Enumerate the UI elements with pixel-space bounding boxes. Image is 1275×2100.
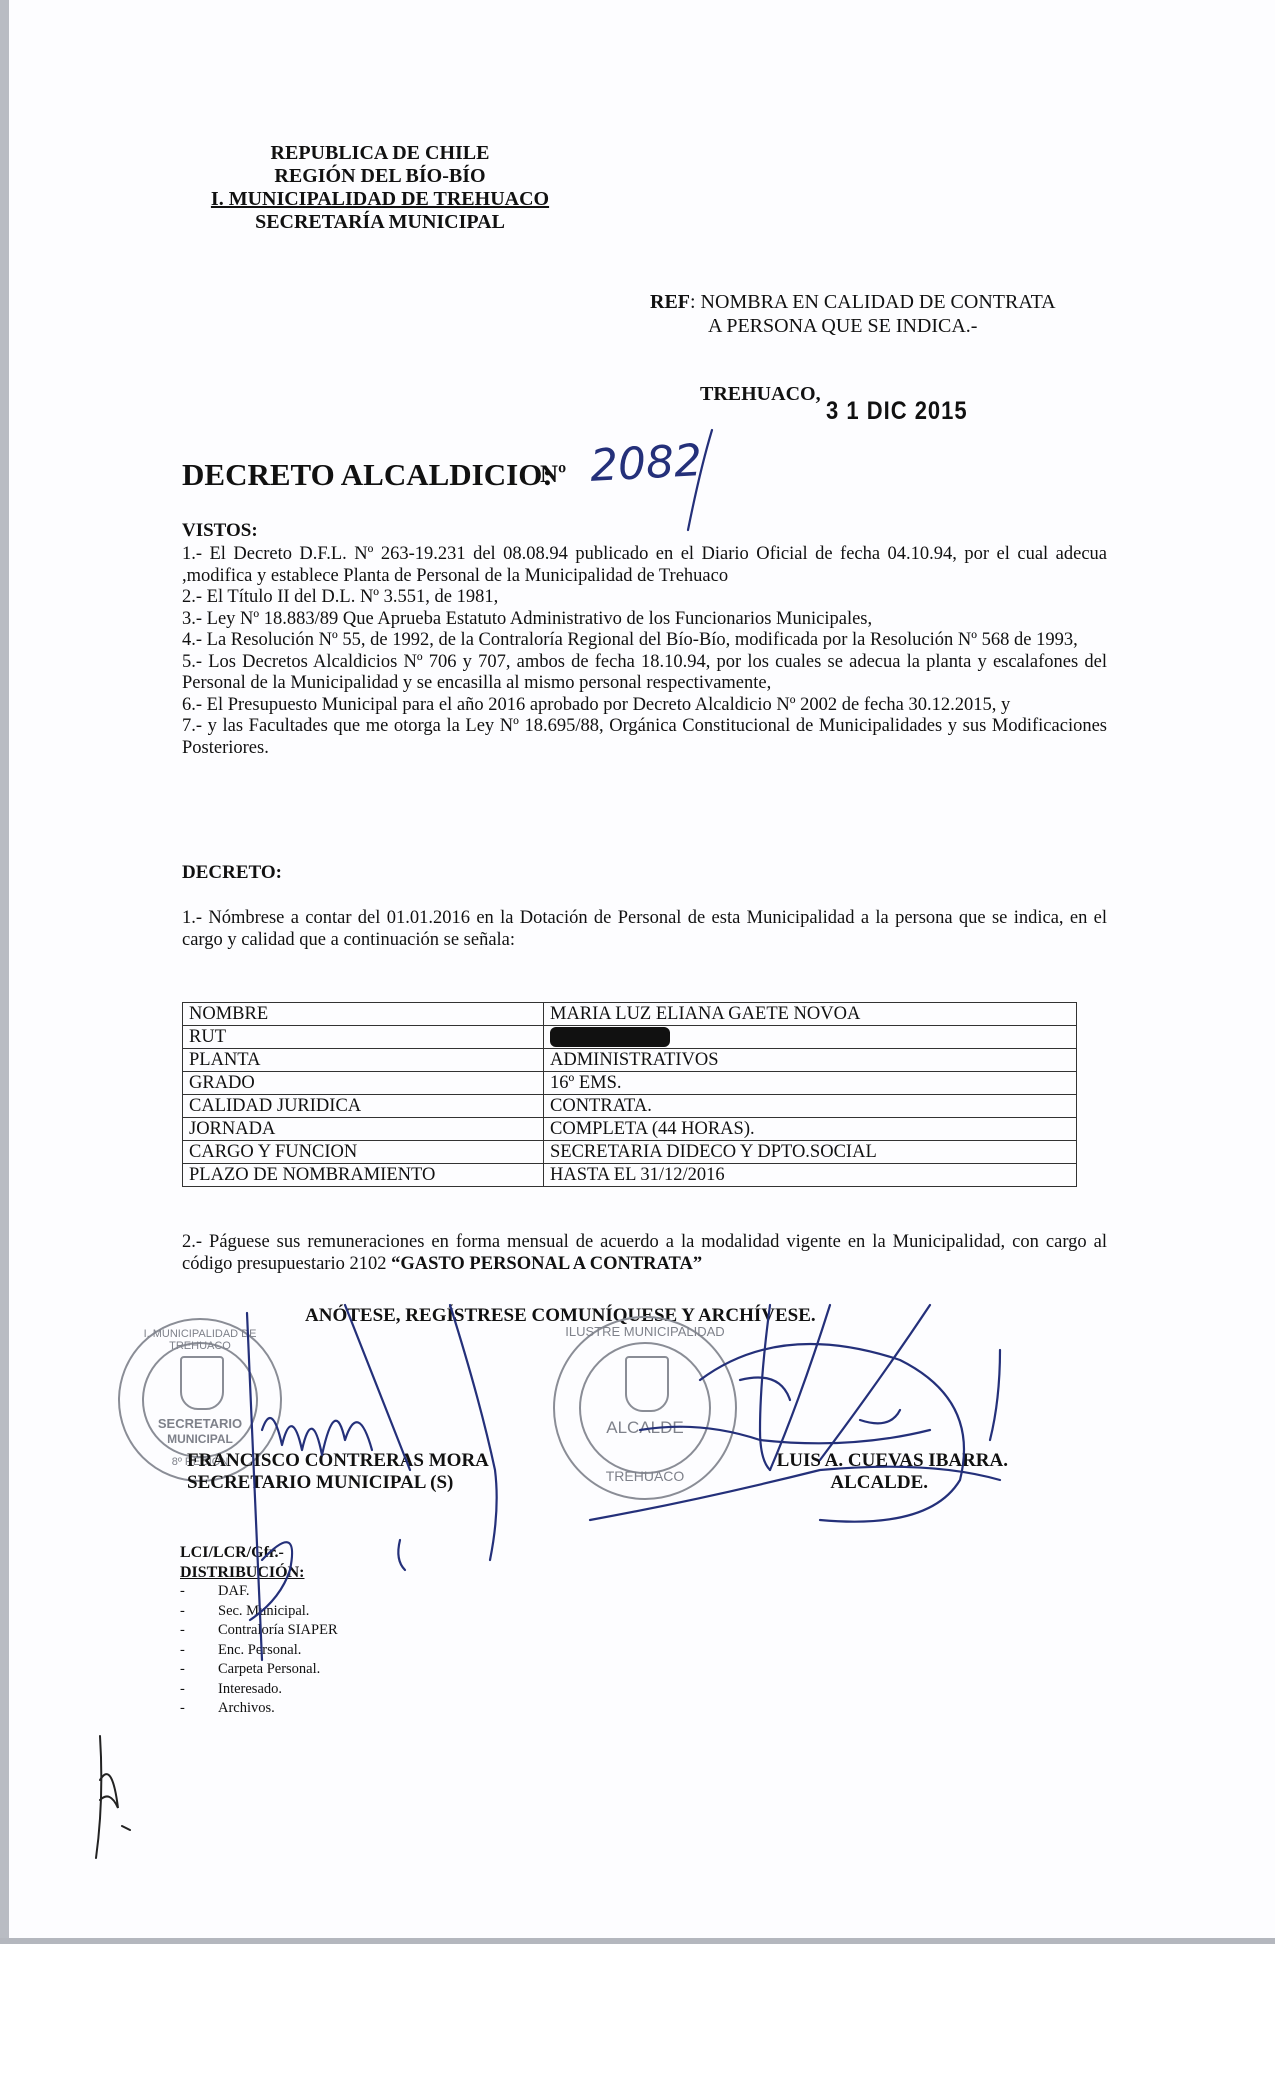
field-value: MARIA LUZ ELIANA GAETE NOVOA — [544, 1003, 1077, 1026]
signatory-mayor: LUIS A. CUEVAS IBARRA. ALCALDE. — [748, 1450, 1008, 1494]
seal-secretary-ring-text: I. MUNICIPALIDAD DE TREHUACO — [120, 1328, 280, 1352]
field-value: ADMINISTRATIVOS — [544, 1049, 1077, 1072]
letterhead-line-region: REGIÓN DEL BÍO-BÍO — [180, 165, 580, 188]
initials: LCI/LCR/Gfr.- — [180, 1543, 338, 1563]
seal-mayor: ILUSTRE MUNICIPALIDAD ALCALDE TREHUACO — [553, 1316, 737, 1500]
distribution-item: Archivos. — [180, 1699, 338, 1719]
field-label: CARGO Y FUNCION — [183, 1141, 544, 1164]
letterhead-line-department: SECRETARÍA MUNICIPAL — [180, 211, 580, 234]
field-label: CALIDAD JURIDICA — [183, 1095, 544, 1118]
distribution-heading: DISTRIBUCIÓN: — [180, 1563, 338, 1583]
vistos-item: 7.- y las Facultades que me otorga la Le… — [182, 716, 1107, 759]
signatory-mayor-name: LUIS A. CUEVAS IBARRA. — [748, 1450, 1008, 1472]
table-row: JORNADACOMPLETA (44 HORAS). — [183, 1118, 1077, 1141]
reference-line-2: A PERSONA QUE SE INDICA.- — [650, 314, 1056, 338]
letterhead-line-country: REPUBLICA DE CHILE — [180, 142, 580, 165]
decreto-item-1: 1.- Nómbrese a contar del 01.01.2016 en … — [182, 908, 1107, 951]
table-row: CARGO Y FUNCIONSECRETARIA DIDECO Y DPTO.… — [183, 1141, 1077, 1164]
vistos-list: 1.- El Decreto D.F.L. Nº 263-19.231 del … — [182, 544, 1107, 759]
page-bottom-edge — [0, 1938, 1275, 1944]
letterhead: REPUBLICA DE CHILE REGIÓN DEL BÍO-BÍO I.… — [180, 142, 580, 234]
table-row: NOMBREMARIA LUZ ELIANA GAETE NOVOA — [183, 1003, 1077, 1026]
distribution-item: Interesado. — [180, 1680, 338, 1700]
seal-mayor-bottom: TREHUACO — [555, 1468, 735, 1484]
reference-block: REF: NOMBRA EN CALIDAD DE CONTRATA A PER… — [650, 290, 1056, 338]
decree-number-handwritten: 2082 — [589, 435, 704, 492]
decree-number-label: Nº — [540, 461, 566, 489]
distribution-item: Contraloría SIAPER — [180, 1621, 338, 1641]
letterhead-line-municipality: I. MUNICIPALIDAD DE TREHUACO — [180, 188, 580, 211]
distribution-item: DAF. — [180, 1582, 338, 1602]
field-label: JORNADA — [183, 1118, 544, 1141]
signatory-secretary-name: FRANCISCO CONTRERAS MORA — [187, 1450, 489, 1472]
place-label: TREHUACO, — [700, 383, 821, 406]
signatory-secretary: FRANCISCO CONTRERAS MORA SECRETARIO MUNI… — [187, 1450, 489, 1494]
field-label: PLANTA — [183, 1049, 544, 1072]
coat-of-arms-icon — [625, 1356, 669, 1412]
field-value: COMPLETA (44 HORAS). — [544, 1118, 1077, 1141]
vistos-item: 3.- Ley Nº 18.883/89 Que Aprueba Estatut… — [182, 609, 1107, 631]
reference-line-1: : NOMBRA EN CALIDAD DE CONTRATA — [690, 291, 1056, 313]
field-label: RUT — [183, 1026, 544, 1049]
table-row: CALIDAD JURIDICACONTRATA. — [183, 1095, 1077, 1118]
date-stamp: 3 1 DIC 2015 — [826, 396, 968, 426]
distribution-list: DAF.Sec. Municipal.Contraloría SIAPEREnc… — [180, 1582, 338, 1719]
reference-label: REF — [650, 291, 690, 313]
field-value: SECRETARIA DIDECO Y DPTO.SOCIAL — [544, 1141, 1077, 1164]
table-row: RUT — [183, 1026, 1077, 1049]
decreto-heading: DECRETO: — [182, 862, 282, 884]
field-value: 16º EMS. — [544, 1072, 1077, 1095]
vistos-item: 4.- La Resolución Nº 55, de 1992, de la … — [182, 630, 1107, 652]
vistos-heading: VISTOS: — [182, 520, 258, 542]
vistos-item: 5.- Los Decretos Alcaldicios Nº 706 y 70… — [182, 652, 1107, 695]
vistos-item: 6.- El Presupuesto Municipal para el año… — [182, 695, 1107, 717]
distribution-block: LCI/LCR/Gfr.- DISTRIBUCIÓN: DAF.Sec. Mun… — [180, 1543, 338, 1719]
decree-title: DECRETO ALCALDICIO: — [182, 457, 553, 493]
table-row: PLANTAADMINISTRATIVOS — [183, 1049, 1077, 1072]
coat-of-arms-icon — [180, 1356, 224, 1410]
distribution-item: Sec. Municipal. — [180, 1602, 338, 1622]
table-row: GRADO16º EMS. — [183, 1072, 1077, 1095]
seal-secretary-center-1: SECRETARIO — [120, 1416, 280, 1431]
field-label: PLAZO DE NOMBRAMIENTO — [183, 1164, 544, 1187]
signatory-mayor-title: ALCALDE. — [748, 1472, 1008, 1494]
vistos-item: 2.- El Título II del D.L. Nº 3.551, de 1… — [182, 587, 1107, 609]
distribution-item: Carpeta Personal. — [180, 1660, 338, 1680]
decreto-item-2: 2.- Páguese sus remuneraciones en forma … — [182, 1232, 1107, 1275]
seal-mayor-center: ALCALDE — [555, 1418, 735, 1438]
vistos-item: 1.- El Decreto D.F.L. Nº 263-19.231 del … — [182, 544, 1107, 587]
field-label: NOMBRE — [183, 1003, 544, 1026]
field-value — [544, 1026, 1077, 1049]
redacted-rut — [550, 1027, 670, 1047]
seal-secretary-center-2: MUNICIPAL — [120, 1432, 280, 1446]
field-value: CONTRATA. — [544, 1095, 1077, 1118]
signatory-secretary-title: SECRETARIO MUNICIPAL (S) — [187, 1472, 489, 1494]
budget-code-label: “GASTO PERSONAL A CONTRATA” — [391, 1254, 702, 1274]
field-label: GRADO — [183, 1072, 544, 1095]
appointment-table: NOMBREMARIA LUZ ELIANA GAETE NOVOARUTPLA… — [182, 1002, 1077, 1187]
distribution-item: Enc. Personal. — [180, 1641, 338, 1661]
table-row: PLAZO DE NOMBRAMIENTO HASTA EL 31/12/201… — [183, 1164, 1077, 1187]
field-value: HASTA EL 31/12/2016 — [544, 1164, 1077, 1187]
seal-mayor-ring-text: ILUSTRE MUNICIPALIDAD — [555, 1324, 735, 1339]
